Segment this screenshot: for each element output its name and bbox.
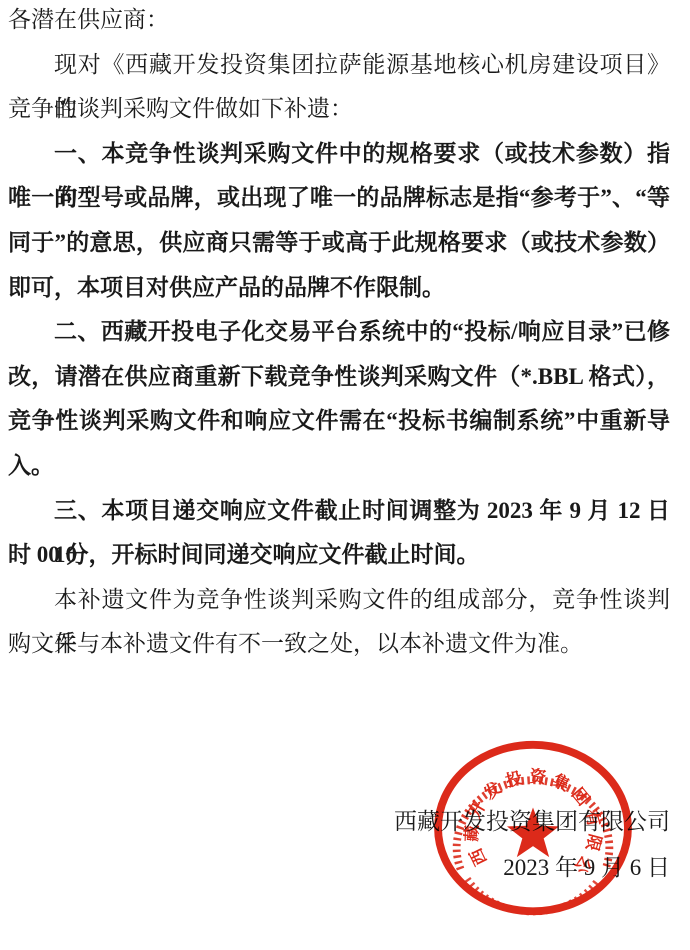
item1-line-2: 唯一的型号或品牌，或出现了唯一的品牌标志是指“参考于”、“等 <box>8 176 670 221</box>
closing-line-1: 本补遗文件为竞争性谈判采购文件的组成部分，竞争性谈判采 <box>8 578 670 623</box>
document-body: 各潜在供应商： 现对《西藏开发投资集团拉萨能源基地核心机房建设项目》的 竞争性谈… <box>8 0 670 667</box>
item3-line-1: 三、本项目递交响应文件截止时间调整为 2023 年 9 月 12 日 10 <box>8 489 670 534</box>
document-page: 各潜在供应商： 现对《西藏开发投资集团拉萨能源基地核心机房建设项目》的 竞争性谈… <box>0 0 690 950</box>
item1-line-4: 即可，本项目对供应产品的品牌不作限制。 <box>8 266 670 311</box>
item1-line-3: 同于”的意思，供应商只需等于或高于此规格要求（或技术参数） <box>8 221 670 266</box>
item2-line-2: 改，请潜在供应商重新下载竞争性谈判采购文件（*.BBL 格式）， <box>8 355 670 400</box>
item2-line-1: 二、西藏开投电子化交易平台系统中的“投标/响应目录”已修 <box>8 310 670 355</box>
item2-line-4: 入。 <box>8 444 670 489</box>
closing-line-2: 购文件与本补遗文件有不一致之处，以本补遗文件为准。 <box>8 622 670 667</box>
signature-block: 西藏开发投资集团有限公司 2023 年 9 月 6 日 <box>394 799 670 891</box>
signature-company: 西藏开发投资集团有限公司 <box>394 799 670 845</box>
intro-line-2: 竞争性谈判采购文件做如下补遗： <box>8 87 670 132</box>
item3-line-2: 时 00 分，开标时间同递交响应文件截止时间。 <box>8 533 670 578</box>
intro-line-1: 现对《西藏开发投资集团拉萨能源基地核心机房建设项目》的 <box>8 43 670 88</box>
salutation-line: 各潜在供应商： <box>8 0 670 43</box>
item2-line-3: 竞争性谈判采购文件和响应文件需在“投标书编制系统”中重新导 <box>8 399 670 444</box>
item1-line-1: 一、本竞争性谈判采购文件中的规格要求（或技术参数）指向 <box>8 132 670 177</box>
signature-date: 2023 年 9 月 6 日 <box>394 845 670 891</box>
